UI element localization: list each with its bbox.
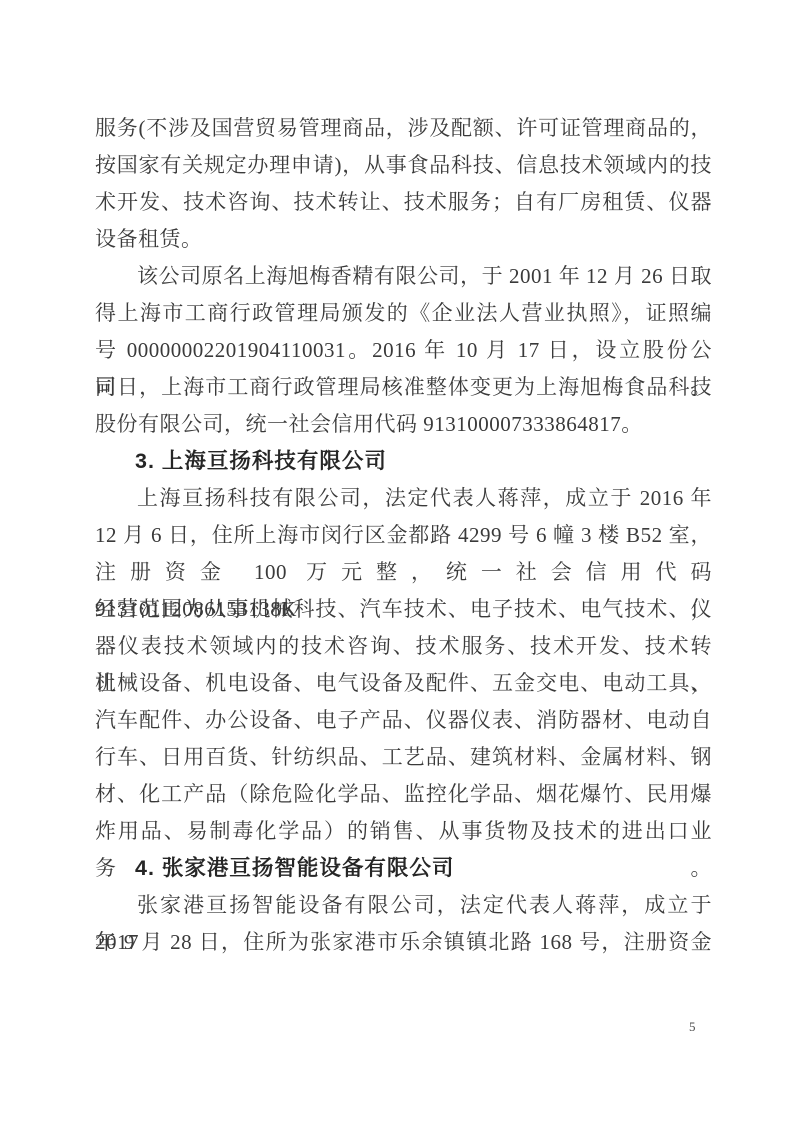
body-line: 器仪表技术领域内的技术咨询、技术服务、技术开发、技术转让， bbox=[95, 628, 712, 665]
body-line: 术开发、技术咨询、技术转让、技术服务；自有厂房租赁、仪器 bbox=[95, 184, 712, 221]
body-line: 经营范围为从事机械科技、汽车技术、电子技术、电气技术、仪 bbox=[95, 591, 712, 628]
body-line: 年 9 月 28 日，住所为张家港市乐余镇镇北路 168 号，注册资金 bbox=[95, 924, 712, 961]
body-line: 12 月 6 日，住所上海市闵行区金都路 4299 号 6 幢 3 楼 B52 … bbox=[95, 517, 712, 554]
body-line: 该公司原名上海旭梅香精有限公司，于 2001 年 12 月 26 日取 bbox=[95, 258, 712, 295]
body-line: 同日，上海市工商行政管理局核准整体变更为上海旭梅食品科技 bbox=[95, 369, 712, 406]
body-line: 机械设备、机电设备、电气设备及配件、五金交电、电动工具、 bbox=[95, 665, 712, 702]
body-line: 炸用品、易制毒化学品）的销售、从事货物及技术的进出口业务。 bbox=[95, 813, 712, 850]
body-line: 张家港亘扬智能设备有限公司，法定代表人蒋萍，成立于 2017 bbox=[95, 887, 712, 924]
body-line: 股份有限公司，统一社会信用代码 913100007333864817。 bbox=[95, 406, 712, 443]
body-line: 设备租赁。 bbox=[95, 221, 712, 258]
body-line: 上海亘扬科技有限公司，法定代表人蒋萍，成立于 2016 年 bbox=[95, 480, 712, 517]
section-heading-3: 3. 上海亘扬科技有限公司 bbox=[95, 443, 712, 480]
document-text-block: 服务(不涉及国营贸易管理商品，涉及配额、许可证管理商品的， 按国家有关规定办理申… bbox=[95, 110, 712, 961]
document-page: 服务(不涉及国营贸易管理商品，涉及配额、许可证管理商品的， 按国家有关规定办理申… bbox=[0, 0, 796, 1122]
body-line: 行车、日用百货、针纺织品、工艺品、建筑材料、金属材料、钢 bbox=[95, 739, 712, 776]
body-line: 材、化工产品（除危险化学品、监控化学品、烟花爆竹、民用爆 bbox=[95, 776, 712, 813]
body-line: 得上海市工商行政管理局颁发的《企业法人营业执照》，证照编 bbox=[95, 295, 712, 332]
body-line: 服务(不涉及国营贸易管理商品，涉及配额、许可证管理商品的， bbox=[95, 110, 712, 147]
body-line: 注册资金 100 万元整，统一社会信用代码 91310112086153138K… bbox=[95, 554, 712, 591]
page-number: 5 bbox=[689, 1018, 696, 1036]
body-line: 汽车配件、办公设备、电子产品、仪器仪表、消防器材、电动自 bbox=[95, 702, 712, 739]
body-line: 号 00000002201904110031。2016 年 10 月 17 日，… bbox=[95, 332, 712, 369]
body-line: 按国家有关规定办理申请)，从事食品科技、信息技术领域内的技 bbox=[95, 147, 712, 184]
